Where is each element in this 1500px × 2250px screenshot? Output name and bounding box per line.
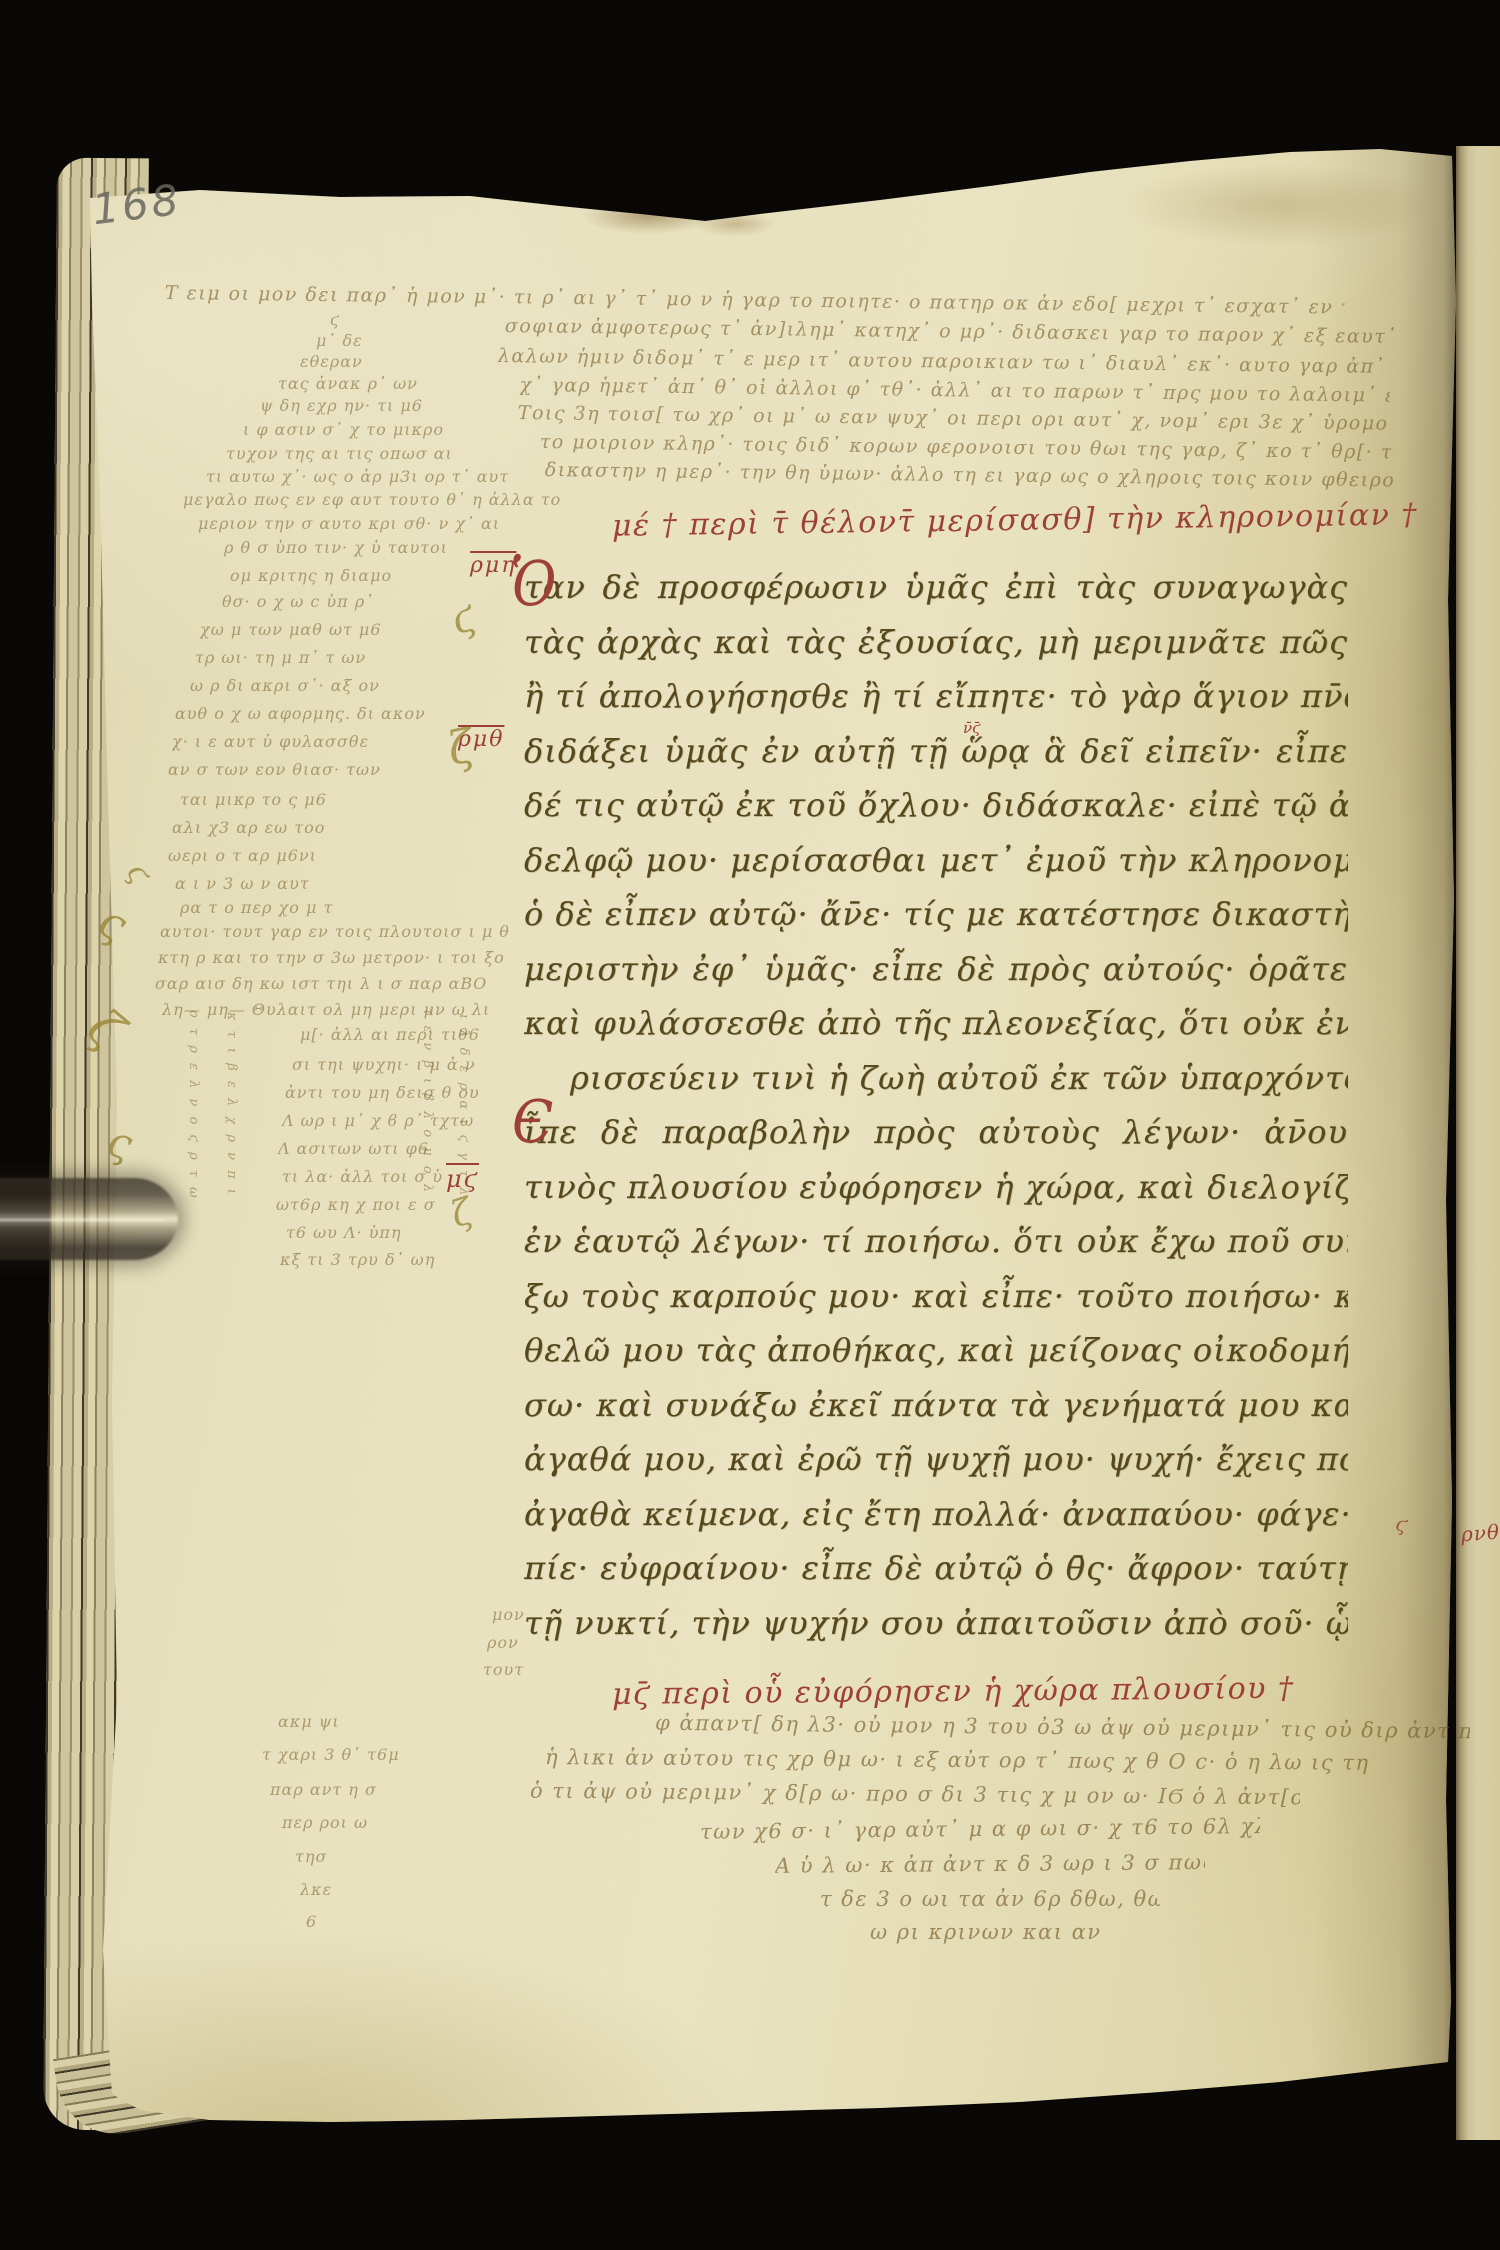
commentary-line: τυχον της αι τις οπωσ αι [226, 444, 453, 463]
main-text-line: ἶπε δὲ παραβολὴν πρὸς αὐτοὺς λέγων· ἀν̄ο… [524, 1105, 1348, 1160]
commentary-line: ωτ6ρ κη χ ποι ε σ [276, 1195, 436, 1214]
interlinear-red-mark: ν̄ϛ̄ [963, 719, 981, 737]
commentary-line: ακμ ψι [278, 1712, 340, 1731]
commentary-line: εθεραν [300, 352, 363, 371]
commentary-line: 6 [306, 1912, 317, 1931]
main-text-line: σω· καὶ συνάξω ἐκεῖ πάντα τὰ γενήματά μο… [524, 1378, 1348, 1433]
commentary-line: κτη ρ και το την σ 3ω μετρον· ι τοι ξο [158, 948, 503, 967]
commentary-line: ομ κριτης η διαμο [230, 566, 392, 585]
commentary-line: τι λα· ἀλλ τοι σ ὑ [282, 1167, 443, 1186]
main-text-line: ἀγαθὰ κείμενα, εἰς ἔτη πολλά· ἀναπαύου· … [524, 1487, 1348, 1542]
ammonian-section-number-2: ρμθ [458, 727, 504, 752]
commentary-line: θσ· ο χ ω c ὑπ ρ᾽ [222, 592, 374, 611]
commentary-line: ρ θ σ ὑπο τιν· χ ὑ ταυτοι [224, 538, 448, 557]
commentary-line: ι φ ασιν σ᾽ χ το μικρο [243, 420, 444, 439]
kephalaion-heading-bottom: μϛ̄ περὶ οὗ εὐφόρησεν ἡ χώρα πλουσίου † [612, 1671, 1295, 1712]
commentary-line: μ[· ἀλλ αι περι τιθ6 [300, 1025, 480, 1044]
commentary-line: τουτ [483, 1660, 524, 1679]
main-text-line: τῇ νυκτί, τὴν ψυχήν σου ἀπαιτοῦσιν ἀπὸ σ… [524, 1596, 1348, 1651]
commentary-line: τ δε 3 ο ωι τα ἀν 6ρ δθω, θως χ τ6 τω [820, 1887, 1160, 1911]
main-text-block: ταν δὲ προσφέρωσιν ὑμᾶς ἐπὶ τὰς συναγωγὰ… [524, 560, 1348, 1650]
commentary-line: μεριον την σ αυτο κρι σθ· ν χ᾽ αι [198, 514, 500, 533]
main-text-line: μεριστὴν ἐφ᾽ ὑμᾶς· εἶπε δὲ πρὸς αὐτούς· … [524, 942, 1348, 997]
next-page-section-number: ρνθ [1460, 1520, 1500, 1547]
manuscript-photo: 168 μέ † περὶ τ̄ θέλοντ̄ μερίσασθ] τὴν κ… [0, 0, 1500, 2250]
rubric-initial-omicron: Ὁ [510, 547, 556, 619]
main-text-line: τὰς ἀρχὰς καὶ τὰς ἐξουσίας, μὴ μεριμνᾶτε… [524, 615, 1348, 670]
commentary-line: παρ αντ η σ [270, 1780, 377, 1799]
commentary-line: Λ ωρ ι μ᾽ χ ϐ ρ᾽ τχτω [282, 1111, 474, 1130]
commentary-line: Α ὑ λ ω· κ ἀπ ἀντ κ δ 3 ωρ ι 3 σ πως α ν… [775, 1850, 1205, 1878]
commentary-line: α ι ν 3 ω ν αυτ [175, 874, 310, 893]
main-text-line: καὶ φυλάσσεσθε ἀπὸ τῆς πλεονεξίας, ὅτι ο… [524, 996, 1348, 1051]
commentary-line: ωερι ο τ αρ μ6νι [168, 846, 317, 865]
commentary-line: ἀντι του μη δεισ θ ου [285, 1083, 480, 1102]
vertical-commentary-line: κ τ ι β ε λ χ ρ ν π ι τ ο [224, 1012, 239, 1202]
commentary-line: αλι χ3 αρ εω τοο [172, 818, 325, 837]
commentary-line: σαρ αισ δη κω ιστ τηι λ ι σ παρ αΒΟ [155, 974, 503, 993]
commentary-line: αν σ των εον θιασ· των [168, 760, 381, 779]
commentary-line: τας ἀνακ ρ᾽ ων [278, 374, 418, 393]
commentary-line: ται μικρ το ς μ6 [180, 790, 327, 809]
commentary-line: κξ τι 3 τρυ δ᾽ ωη [280, 1250, 435, 1269]
main-text-line: ἀγαθά μου, καὶ ἐρῶ τῇ ψυχῇ μου· ψυχή· ἔχ… [524, 1432, 1348, 1487]
commentary-line: ρον [487, 1633, 519, 1652]
commentary-line: τρ ωι· τη μ π᾽ τ ων [195, 648, 366, 667]
main-text-line: ἐν ἑαυτῷ λέγων· τί ποιήσω. ὅτι οὐκ ἔχω π… [524, 1214, 1348, 1269]
commentary-line: τησ [295, 1847, 327, 1866]
commentary-line: λη— μη— Θυλαιτ ολ μη μερι μν ω λι [162, 1000, 497, 1019]
ammonian-section-number-1: ρμη [470, 553, 516, 578]
next-page-sliver [1456, 146, 1500, 2140]
commentary-line: μεγαλο πως εν εφ αυτ τουτο θ᾽ η ἀλλα το [183, 490, 561, 509]
rubric-initial-epsilon: Є [512, 1087, 553, 1156]
main-text-line: δέ τις αὐτῷ ἐκ τοῦ ὄχλου· διδάσκαλε· εἰπ… [524, 778, 1348, 833]
commentary-line: ϛ [330, 310, 340, 329]
main-text-line: πίε· εὐφραίνου· εἶπε δὲ αὐτῷ ὁ θ̄ς· ἄφρο… [524, 1541, 1348, 1596]
commentary-line: τ χαρι 3 θ᾽ τ6μ [262, 1745, 400, 1764]
commentary-line: ω ρ δι ακρι σ᾽· αξ ον [190, 676, 380, 695]
main-text-line: διδάξει ὑμᾶς ἐν αὐτῇ τῇ ὥρᾳ ἃ δεῖ εἰπεῖν… [524, 724, 1348, 779]
main-text-line: ὁ δὲ εἶπεν αὐτῷ· ἄν̄ε· τίς με κατέστησε … [524, 887, 1348, 942]
commentary-line: σι τηι ψυχηι· ι μ ἀ ν [292, 1055, 476, 1074]
vertical-commentary-line: ο τ ρ ε λ ν ο ϛ ρ τ ω ϛ [186, 1010, 201, 1200]
glass-page-weight [0, 1178, 178, 1260]
commentary-line: αυθ ο χ ω αφορμης. δι ακον [175, 704, 426, 723]
chapter-number-margin: μϛ [446, 1165, 479, 1193]
main-text-line: ἢ τί ἀπολογήσησθε ἢ τί εἴπητε· τὸ γὰρ ἅγ… [524, 669, 1348, 724]
main-text-line: τινὸς πλουσίου εὐφόρησεν ἡ χώρα, καὶ διε… [524, 1160, 1348, 1215]
commentary-line: τι αυτω χ᾽· ως ο ἀρ μ3ι ορ τ᾽ αυτ [206, 467, 509, 486]
commentary-line: ω ρι κρινων και αν θων [870, 1920, 1105, 1944]
commentary-line: χω μ των μαθ ωτ μ6 [200, 620, 382, 639]
commentary-line: τ6 ωυ Λ· ὑπη [286, 1223, 402, 1242]
commentary-line: αυτοι· τουτ γαρ εν τοις πλουτοισ ι μ θ [160, 922, 510, 941]
rod-highlight [0, 1219, 164, 1221]
commentary-line: ψ δη εχρ ην· τι μ6 [260, 396, 423, 415]
main-text-line: δελφῷ μου· μερίσασθαι μετ᾽ ἐμοῦ τὴν κληρ… [524, 833, 1348, 888]
commentary-line: περ ροι ω [282, 1813, 368, 1832]
main-text-line: θελῶ μου τὰς ἀποθήκας, καὶ μείζονας οἰκο… [524, 1323, 1348, 1378]
commentary-line: ρα τ ο περ χο μ τ [180, 898, 333, 917]
commentary-line: μον [492, 1605, 525, 1624]
commentary-line: χ· ι ε αυτ ὑ φυλασσθε [172, 732, 369, 751]
commentary-line: λκε [300, 1880, 332, 1899]
main-text-line: ξω τοὺς καρπούς μου· καὶ εἶπε· τοῦτο ποι… [524, 1269, 1348, 1324]
commentary-line: μ᾽ δε [316, 331, 363, 350]
commentary-line: Λ ασιτων ωτι φ6 [278, 1139, 429, 1158]
main-text-line: ρισσεύειν τινὶ ἡ ζωὴ αὐτοῦ ἐκ τῶν ὑπαρχό… [524, 1051, 1348, 1106]
main-text-line: ταν δὲ προσφέρωσιν ὑμᾶς ἐπὶ τὰς συναγωγὰ… [524, 560, 1348, 615]
